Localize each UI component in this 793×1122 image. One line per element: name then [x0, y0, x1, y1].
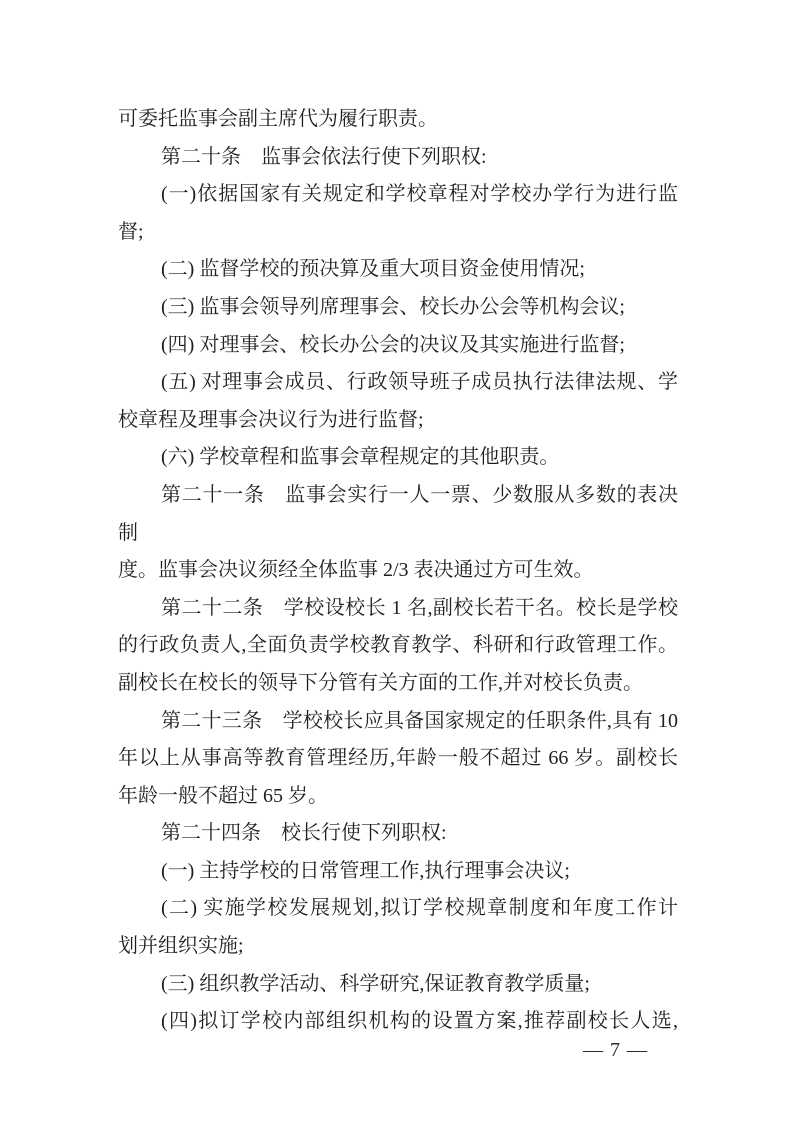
- text-line: (一)依据国家有关规定和学校章程对学校办学行为进行监: [118, 176, 678, 214]
- text-line: 第二十一条 监事会实行一人一票、少数服从多数的表决制: [118, 477, 678, 552]
- text-line: 的行政负责人,全面负责学校教育教学、科研和行政管理工作。: [118, 627, 678, 665]
- text-line: 第二十三条 学校校长应具备国家规定的任职条件,具有 10: [118, 703, 678, 741]
- text-line: (三) 监事会领导列席理事会、校长办公会等机构会议;: [118, 289, 678, 327]
- text-line: 年龄一般不超过 65 岁。: [118, 778, 678, 816]
- text-line: (三) 组织教学活动、科学研究,保证教育教学质量;: [118, 966, 678, 1004]
- text-line: (一) 主持学校的日常管理工作,执行理事会决议;: [118, 853, 678, 891]
- text-line: 校章程及理事会决议行为进行监督;: [118, 402, 678, 440]
- text-line: (六) 学校章程和监事会章程规定的其他职责。: [118, 439, 678, 477]
- paragraph: 第二十二条 学校设校长 1 名,副校长若干名。校长是学校的行政负责人,全面负责学…: [118, 590, 678, 703]
- paragraph: (五) 对理事会成员、行政领导班子成员执行法律法规、学校章程及理事会决议行为进行…: [118, 364, 678, 439]
- text-line: 副校长在校长的领导下分管有关方面的工作,并对校长负责。: [118, 665, 678, 703]
- text-line: (五) 对理事会成员、行政领导班子成员执行法律法规、学: [118, 364, 678, 402]
- paragraph: 第二十条 监事会依法行使下列职权:: [118, 139, 678, 177]
- paragraph: (六) 学校章程和监事会章程规定的其他职责。: [118, 439, 678, 477]
- paragraph: 可委托监事会副主席代为履行职责。: [118, 101, 678, 139]
- text-line: (四)拟订学校内部组织机构的设置方案,推荐副校长人选,: [118, 1003, 678, 1041]
- paragraph: (一)依据国家有关规定和学校章程对学校办学行为进行监督;: [118, 176, 678, 251]
- text-line: 第二十二条 学校设校长 1 名,副校长若干名。校长是学校: [118, 590, 678, 628]
- text-line: 划并组织实施;: [118, 928, 678, 966]
- paragraph: 第二十三条 学校校长应具备国家规定的任职条件,具有 10年以上从事高等教育管理经…: [118, 703, 678, 816]
- paragraph: (四) 对理事会、校长办公会的决议及其实施进行监督;: [118, 327, 678, 365]
- paragraph: (四)拟订学校内部组织机构的设置方案,推荐副校长人选,: [118, 1003, 678, 1041]
- text-line: (二) 监督学校的预决算及重大项目资金使用情况;: [118, 251, 678, 289]
- text-line: 督;: [118, 214, 678, 252]
- text-line: 可委托监事会副主席代为履行职责。: [118, 101, 678, 139]
- text-line: (二) 实施学校发展规划,拟订学校规章制度和年度工作计: [118, 890, 678, 928]
- paragraph: (二) 实施学校发展规划,拟订学校规章制度和年度工作计划并组织实施;: [118, 890, 678, 965]
- paragraph: 第二十一条 监事会实行一人一票、少数服从多数的表决制度。监事会决议须经全体监事 …: [118, 477, 678, 590]
- text-line: (四) 对理事会、校长办公会的决议及其实施进行监督;: [118, 327, 678, 365]
- paragraph: (三) 监事会领导列席理事会、校长办公会等机构会议;: [118, 289, 678, 327]
- paragraph: 第二十四条 校长行使下列职权:: [118, 815, 678, 853]
- text-line: 第二十四条 校长行使下列职权:: [118, 815, 678, 853]
- text-line: 第二十条 监事会依法行使下列职权:: [118, 139, 678, 177]
- text-line: 度。监事会决议须经全体监事 2/3 表决通过方可生效。: [118, 552, 678, 590]
- document-page: 可委托监事会副主席代为履行职责。第二十条 监事会依法行使下列职权:(一)依据国家…: [0, 0, 793, 1122]
- document-body: 可委托监事会副主席代为履行职责。第二十条 监事会依法行使下列职权:(一)依据国家…: [118, 101, 678, 1041]
- page-number: — 7 —: [583, 1038, 648, 1062]
- paragraph: (一) 主持学校的日常管理工作,执行理事会决议;: [118, 853, 678, 891]
- text-line: 年以上从事高等教育管理经历,年龄一般不超过 66 岁。副校长: [118, 740, 678, 778]
- paragraph: (三) 组织教学活动、科学研究,保证教育教学质量;: [118, 966, 678, 1004]
- paragraph: (二) 监督学校的预决算及重大项目资金使用情况;: [118, 251, 678, 289]
